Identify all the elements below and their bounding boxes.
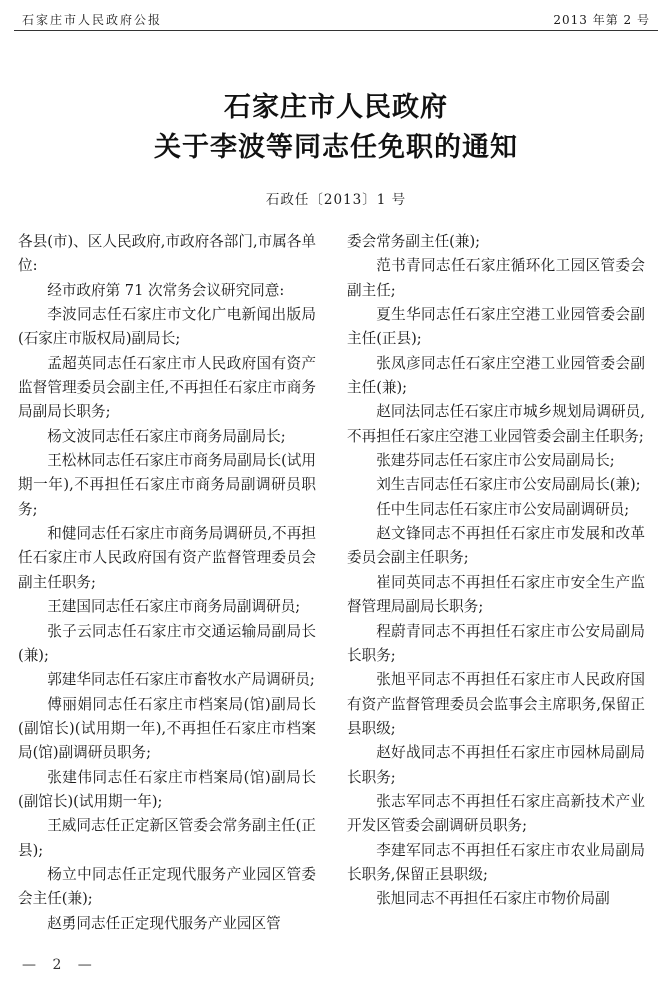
paragraph: 傅丽娟同志任石家庄市档案局(馆)副局长(副馆长)(试用期一年),不再担任石家庄市…	[18, 693, 316, 766]
paragraph: 李波同志任石家庄市文化广电新闻出版局(石家庄市版权局)副局长;	[18, 303, 316, 352]
paragraph: 各县(市)、区人民政府,市政府各部门,市属各单位:	[18, 230, 316, 279]
document-title: 石家庄市人民政府 关于李波等同志任免职的通知	[0, 88, 672, 168]
paragraph: 任中生同志任石家庄市公安局副调研员;	[347, 498, 645, 522]
paragraph: 杨立中同志任正定现代服务产业园区管委会主任(兼);	[18, 863, 316, 912]
paragraph: 崔同英同志不再担任石家庄市安全生产监督管理局副局长职务;	[347, 571, 645, 620]
paragraph: 经市政府第 71 次常务会议研究同意:	[18, 279, 316, 303]
paragraph: 赵同法同志任石家庄市城乡规划局调研员,不再担任石家庄空港工业园管委会副主任职务;	[347, 400, 645, 449]
paragraph: 范书青同志任石家庄循环化工园区管委会副主任;	[347, 254, 645, 303]
paragraph: 王建国同志任石家庄市商务局副调研员;	[18, 595, 316, 619]
paragraph: 王松林同志任石家庄市商务局副局长(试用期一年),不再担任石家庄市商务局副调研员职…	[18, 449, 316, 522]
paragraph: 张凤彦同志任石家庄空港工业园管委会副主任(兼);	[347, 352, 645, 401]
paragraph: 和健同志任石家庄市商务局调研员,不再担任石家庄市人民政府国有资产监督管理委员会副…	[18, 522, 316, 595]
paragraph: 程蔚青同志不再担任石家庄市公安局副局长职务;	[347, 620, 645, 669]
paragraph: 王威同志任正定新区管委会常务副主任(正县);	[18, 814, 316, 863]
paragraph: 张建芬同志任石家庄市公安局副局长;	[347, 449, 645, 473]
paragraph: 张子云同志任石家庄市交通运输局副局长(兼);	[18, 620, 316, 669]
paragraph: 赵勇同志任正定现代服务产业园区管	[18, 912, 316, 936]
paragraph: 郭建华同志任石家庄市畜牧水产局调研员;	[18, 668, 316, 692]
left-column: 各县(市)、区人民政府,市政府各部门,市属各单位:经市政府第 71 次常务会议研…	[18, 230, 316, 936]
issue-number: 2013 年第 2 号	[553, 11, 650, 28]
page-number: — 2 —	[22, 957, 98, 973]
paragraph: 张建伟同志任石家庄市档案局(馆)副局长(副馆长)(试用期一年);	[18, 766, 316, 815]
title-line-1: 石家庄市人民政府	[0, 88, 672, 128]
paragraph: 赵文锋同志不再担任石家庄市发展和改革委员会副主任职务;	[347, 522, 645, 571]
paragraph: 杨文波同志任石家庄市商务局副局长;	[18, 425, 316, 449]
paragraph: 张旭同志不再担任石家庄市物价局副	[347, 887, 645, 911]
paragraph: 孟超英同志任石家庄市人民政府国有资产监督管理委员会副主任,不再担任石家庄市商务局…	[18, 352, 316, 425]
paragraph: 李建军同志不再担任石家庄市农业局副局长职务,保留正县职级;	[347, 839, 645, 888]
right-column: 委会常务副主任(兼);范书青同志任石家庄循环化工园区管委会副主任;夏生华同志任石…	[347, 230, 645, 912]
paragraph: 张志军同志不再担任石家庄高新技术产业开发区管委会副调研员职务;	[347, 790, 645, 839]
running-header: 石家庄市人民政府公报 2013 年第 2 号	[14, 6, 658, 31]
paragraph: 委会常务副主任(兼);	[347, 230, 645, 254]
paragraph: 张旭平同志不再担任石家庄市人民政府国有资产监督管理委员会监事会主席职务,保留正县…	[347, 668, 645, 741]
paragraph: 赵好战同志不再担任石家庄市园林局副局长职务;	[347, 741, 645, 790]
title-line-2: 关于李波等同志任免职的通知	[0, 128, 672, 168]
publication-name: 石家庄市人民政府公报	[22, 11, 162, 28]
document-number: 石政任〔2013〕1 号	[0, 188, 672, 208]
paragraph: 夏生华同志任石家庄空港工业园管委会副主任(正县);	[347, 303, 645, 352]
paragraph: 刘生吉同志任石家庄市公安局副局长(兼);	[347, 473, 645, 497]
